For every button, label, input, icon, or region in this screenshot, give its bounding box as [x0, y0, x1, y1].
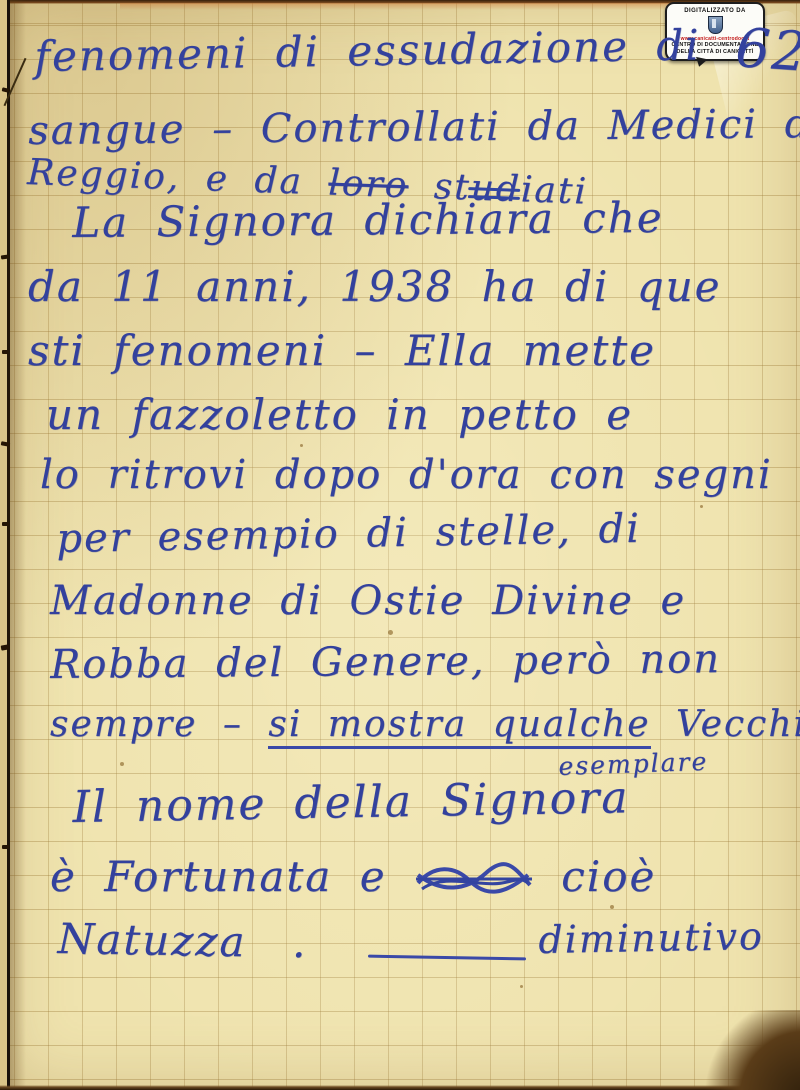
stamp-header: DIGITALIZZATO DA [669, 8, 761, 14]
manuscript-line-4: La Signora dichiara che [72, 193, 664, 247]
manuscript-line-12: sempre – si mostra qualche Vecchio [50, 704, 800, 745]
manuscript-line-2: sangue – Controllati da Medici da [28, 101, 800, 154]
page-left-paper-edge [0, 0, 7, 1090]
manuscript-line-13: Il nome della Signora [72, 772, 630, 833]
page-bottom-edge [0, 1085, 800, 1090]
binding-shadow [10, 0, 26, 1090]
line12-pre: sempre – [50, 704, 268, 745]
torn-edge-mark [2, 845, 9, 849]
torn-edge-mark [2, 350, 8, 354]
manuscript-line-14: è Fortunata e cioè [50, 852, 656, 901]
paper-speck [700, 505, 703, 508]
manuscript-line-9: per esempio di stelle, di [56, 506, 641, 562]
page-top-tint [120, 3, 680, 10]
paper-speck [120, 762, 124, 766]
manuscript-line-5: da 11 anni, 1938 ha di que [28, 262, 721, 311]
paper-speck [300, 444, 303, 447]
manuscript-line-15-name: Natuzza [57, 914, 247, 966]
paper-speck [520, 985, 523, 988]
paper-speck [610, 905, 614, 909]
manuscript-line-7: un fazzoletto in petto e [46, 390, 633, 439]
torn-edge-mark [2, 522, 9, 526]
manuscript-line-15-note: diminutivo [538, 914, 764, 962]
manuscript-line-15-punct: . [292, 918, 307, 967]
bottom-right-corner-shadow [690, 1010, 800, 1090]
coat-of-arms-icon [708, 16, 723, 34]
manuscript-line-8: lo ritrovi dopo d'ora con segni [40, 452, 773, 498]
line12-post: Vecchio [651, 704, 800, 745]
manuscript-line-11: Robba del Genere, però non [50, 636, 721, 688]
manuscript-line-1: fenomeni di essudazione di [34, 20, 701, 81]
line14-post: cioè [534, 852, 656, 901]
line12-underlined-phrase: si mostra qualche [268, 704, 650, 749]
paper-speck [388, 630, 393, 635]
scribbled-out-word [414, 861, 534, 897]
line14-pre: è Fortunata e [50, 852, 414, 901]
manuscript-line-10: Madonne di Ostie Divine e [50, 578, 686, 624]
page-number: 62 [734, 16, 800, 84]
ink-dash-rule [368, 955, 526, 961]
manuscript-line-6: sti fenomeni – Ella mette [28, 326, 656, 375]
notebook-page-scan: DIGITALIZZATO DA www.canicatti-centrodoc… [0, 0, 800, 1090]
